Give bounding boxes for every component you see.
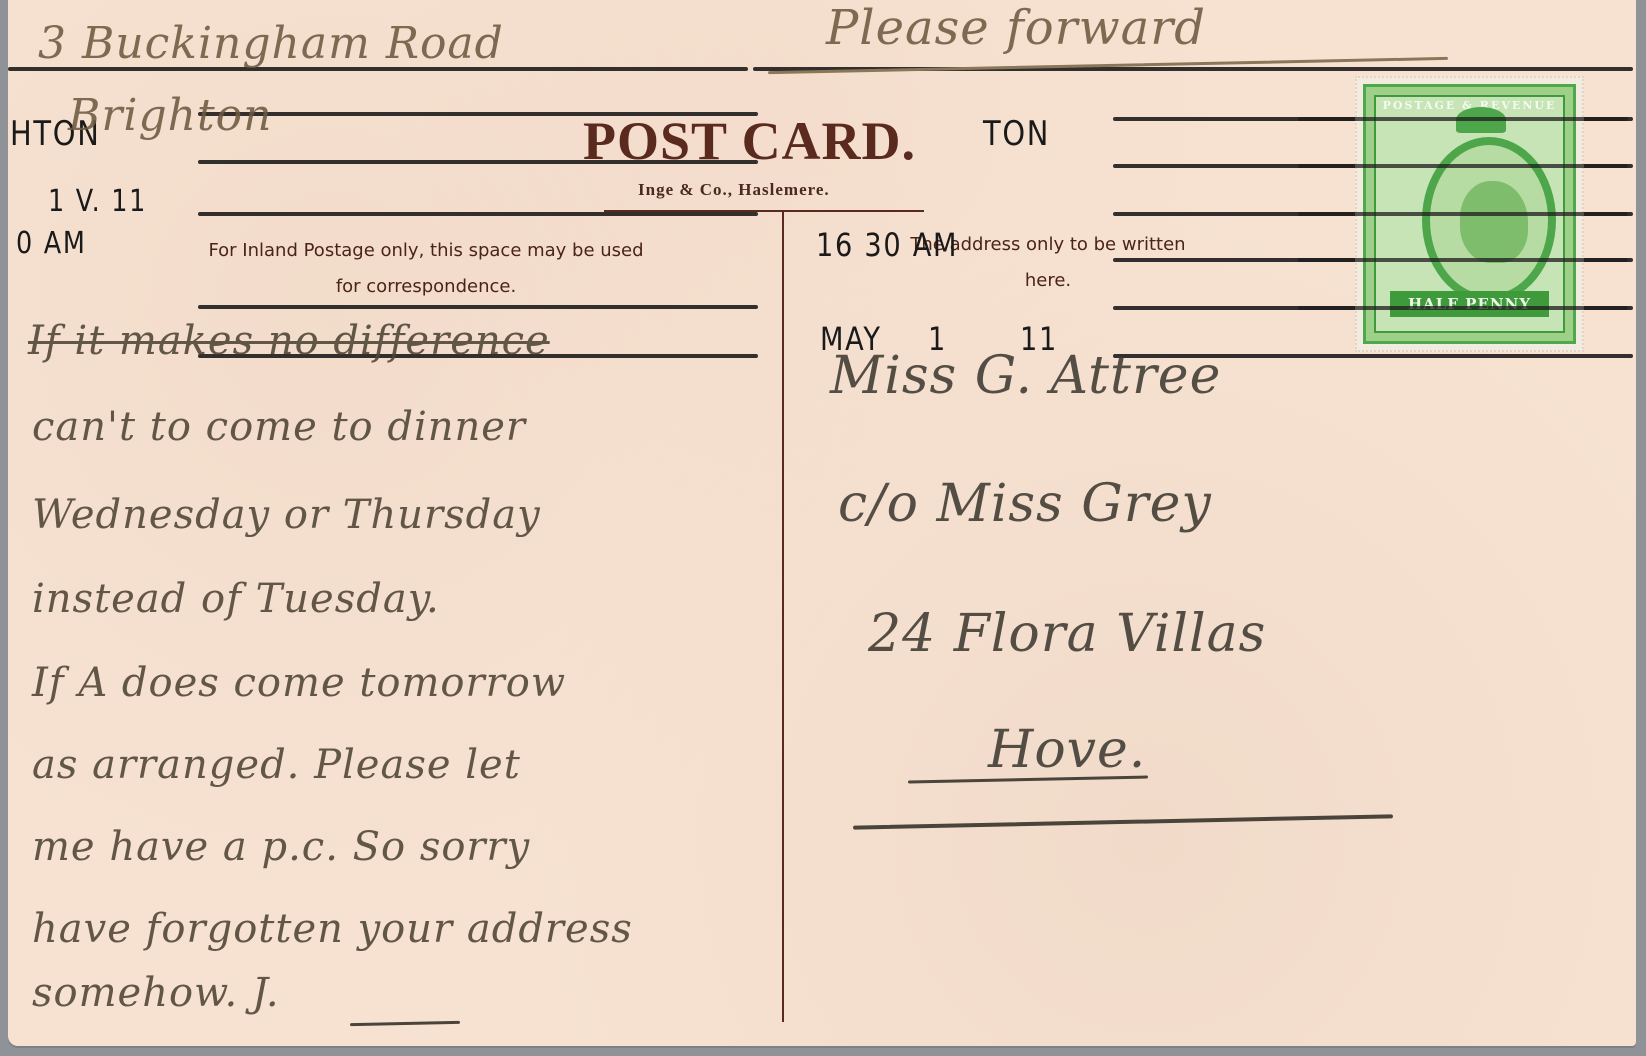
cancel-bar xyxy=(1298,117,1628,121)
printer-imprint: Inge & Co., Haslemere. xyxy=(638,180,830,200)
correspondence-note-line1: For Inland Postage only, this space may … xyxy=(126,240,726,261)
message-line: instead of Tuesday. xyxy=(32,576,440,622)
message-line: me have a p.c. So sorry xyxy=(32,824,530,870)
stamp-value: HALF PENNY xyxy=(1390,291,1549,317)
correspondence-note-line2: for correspondence. xyxy=(126,276,726,297)
cancel-bar xyxy=(1298,258,1628,262)
recipient-care-of: c/o Miss Grey xyxy=(838,474,1212,534)
message-line: If A does come tomorrow xyxy=(32,660,566,706)
king-portrait-icon xyxy=(1422,137,1556,303)
forwarding-underline xyxy=(768,57,1448,74)
post-card-heading: POST CARD. xyxy=(583,110,916,172)
message-line: somehow. J. xyxy=(32,970,280,1016)
message-line: have forgotten your address xyxy=(32,906,633,952)
cancel-bar xyxy=(198,305,758,309)
return-address-line2: Brighton xyxy=(68,90,272,141)
forwarding-note: Please forward xyxy=(826,0,1206,56)
postmark-time-right: 16 30 AM xyxy=(816,226,958,264)
message-line: If it makes no difference xyxy=(28,318,550,364)
address-underline xyxy=(853,814,1393,829)
message-line: Wednesday or Thursday xyxy=(32,492,541,538)
header-divider xyxy=(604,210,924,212)
signature-underline xyxy=(350,1021,460,1026)
postmark-town-right: TON xyxy=(983,114,1050,154)
cancel-bar xyxy=(1298,164,1628,168)
message-line: as arranged. Please let xyxy=(32,742,521,788)
recipient-town: Hove. xyxy=(988,720,1146,780)
message-line: can't to come to dinner xyxy=(32,404,526,450)
cancel-bar xyxy=(1298,212,1628,216)
recipient-name: Miss G. Attree xyxy=(830,346,1221,406)
postcard: POST CARD. Inge & Co., Haslemere. For In… xyxy=(8,0,1636,1046)
cancel-bar xyxy=(1298,306,1628,310)
center-divider xyxy=(782,210,784,1022)
recipient-street: 24 Flora Villas xyxy=(868,604,1266,664)
postmark-date-left: 1 V. 11 xyxy=(48,184,147,219)
cancel-bar xyxy=(198,212,758,216)
return-address-line1: 3 Buckingham Road xyxy=(38,18,504,69)
postmark-time-left: 0 AM xyxy=(16,226,87,261)
address-note-line2: here. xyxy=(848,270,1248,291)
